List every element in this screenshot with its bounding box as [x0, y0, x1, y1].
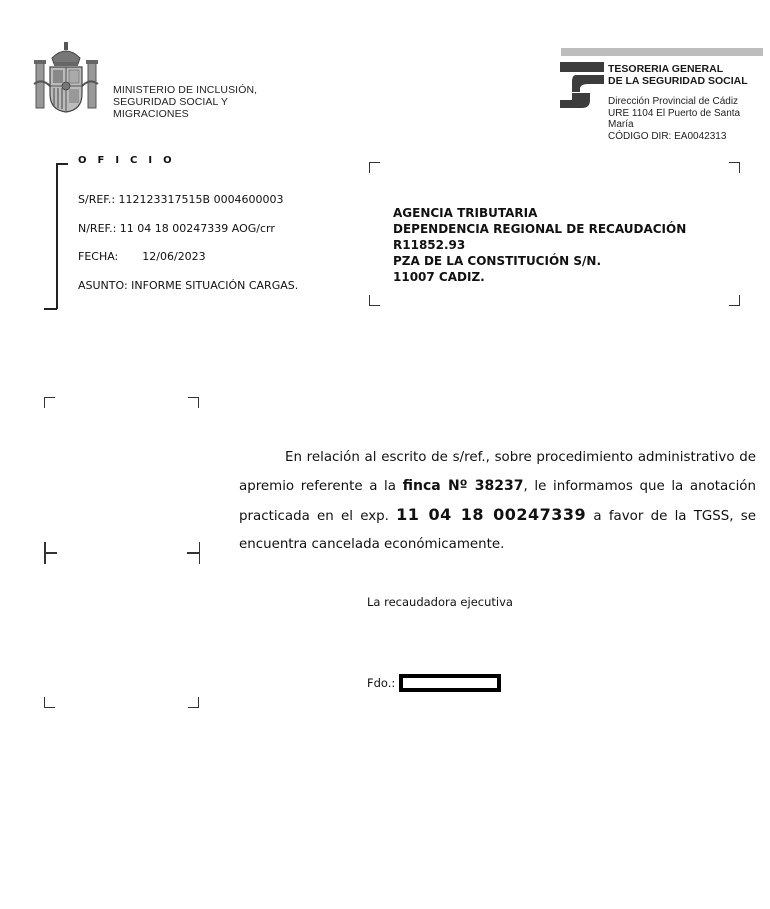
ministry-name: MINISTERIO DE INCLUSIÓN, SEGURIDAD SOCIA…	[113, 84, 257, 120]
tgss-title-line: TESORERIA GENERAL	[608, 63, 748, 75]
ministry-line: MIGRACIONES	[113, 108, 257, 120]
addressee-line: AGENCIA TRIBUTARIA	[393, 205, 686, 221]
crop-mark-top-right	[188, 397, 199, 408]
crop-mark-middle-left	[44, 542, 57, 564]
fecha-value: 12/06/2023	[142, 250, 205, 263]
addressee-block: AGENCIA TRIBUTARIA DEPENDENCIA REGIONAL …	[393, 205, 686, 285]
tgss-title: TESORERIA GENERAL DE LA SEGURIDAD SOCIAL	[608, 63, 748, 87]
coat-of-arms-icon	[32, 40, 100, 114]
tgss-address-line: URE 1104 El Puerto de Santa	[608, 108, 740, 120]
expediente-number: 11 04 18 00247339	[396, 505, 586, 524]
fecha: FECHA:12/06/2023	[78, 250, 206, 263]
address-corner-top-left	[369, 162, 380, 173]
body-paragraph: En relación al escrito de s/ref., sobre …	[239, 444, 756, 559]
address-corner-top-right	[729, 162, 740, 173]
addressee-line: 11007 CADIZ.	[393, 269, 686, 285]
crop-mark-top-left	[44, 397, 55, 408]
finca-number: finca Nº 38237	[403, 478, 524, 494]
oficio-bracket-side	[56, 163, 58, 309]
address-corner-bottom-left	[369, 295, 380, 306]
s-ref: S/REF.: 112123317515B 0004600003	[78, 193, 284, 206]
oficio-bracket-bottom	[44, 308, 57, 310]
address-corner-bottom-right	[729, 295, 740, 306]
oficio-bracket-top	[56, 163, 68, 165]
addressee-line: PZA DE LA CONSTITUCIÓN S/N.	[393, 253, 686, 269]
tgss-address-line: Dirección Provincial de Cádiz	[608, 96, 740, 108]
tgss-logo-icon	[560, 62, 604, 108]
n-ref: N/REF.: 11 04 18 00247339 AOG/crr	[78, 222, 275, 235]
crop-mark-bottom-right	[188, 697, 199, 708]
header-gray-bar	[561, 48, 763, 56]
tgss-address-line: CÓDIGO DIR: EA0042313	[608, 131, 740, 143]
signer-role: La recaudadora ejecutiva	[367, 595, 513, 609]
tgss-address-line: María	[608, 119, 740, 131]
tgss-address: Dirección Provincial de Cádiz URE 1104 E…	[608, 96, 740, 142]
fecha-label: FECHA:	[78, 250, 118, 263]
crop-mark-middle-right	[187, 542, 200, 564]
redacted-signature-box	[399, 674, 501, 692]
ministry-line: MINISTERIO DE INCLUSIÓN,	[113, 84, 257, 96]
signed-by-label: Fdo.:	[367, 676, 395, 690]
addressee-line: DEPENDENCIA REGIONAL DE RECAUDACIÓN	[393, 221, 686, 237]
ministry-line: SEGURIDAD SOCIAL Y	[113, 96, 257, 108]
tgss-title-line: DE LA SEGURIDAD SOCIAL	[608, 75, 748, 87]
crop-mark-bottom-left	[44, 697, 55, 708]
asunto: ASUNTO: INFORME SITUACIÓN CARGAS.	[78, 279, 298, 292]
oficio-title: OFICIO	[78, 155, 183, 166]
addressee-line: R11852.93	[393, 237, 686, 253]
